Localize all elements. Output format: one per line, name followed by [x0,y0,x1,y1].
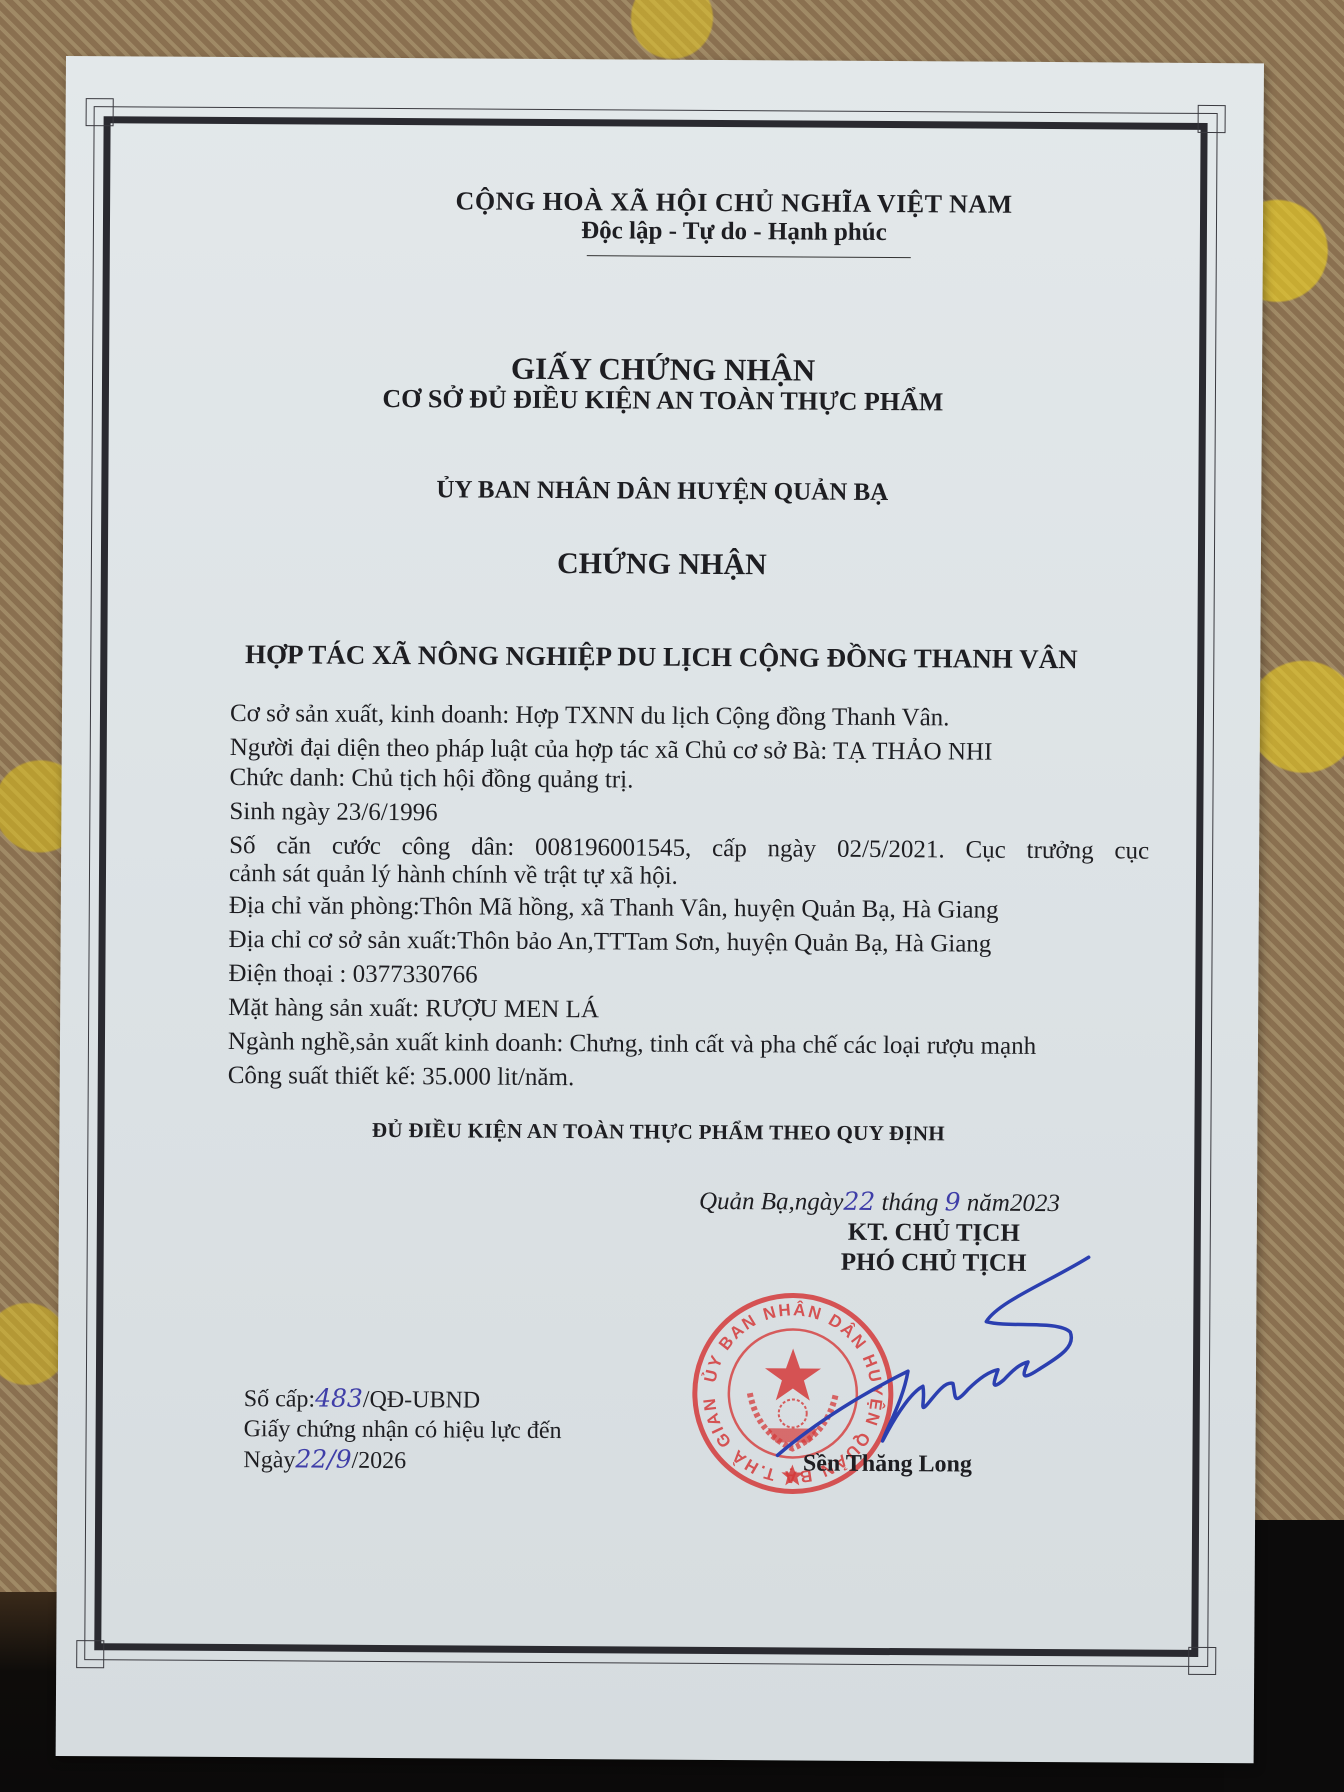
national-motto: Độc lập - Tự do - Hạnh phúc [65,214,1263,249]
certificate-paper: CỘNG HOÀ XÃ HỘI CHỦ NGHĨA VIỆT NAM Độc l… [56,56,1264,1763]
detail-product: Mặt hàng sản xuất: RƯỢU MEN LÁ [228,991,599,1026]
certifies-heading: CHỨNG NHẬN [63,544,1261,585]
validity-date-handwritten: 22/9 [295,1444,351,1473]
validity-label: Giấy chứng nhận có hiệu lực đến [244,1414,562,1446]
issue-month-handwritten: 9 [945,1187,961,1216]
detail-capacity: Công suất thiết kế: 35.000 lit/năm. [228,1059,575,1094]
certificate-content: CỘNG HOÀ XÃ HỘI CHỦ NGHĨA VIỆT NAM Độc l… [56,56,1264,1763]
organization-name: HỢP TÁC XÃ NÔNG NGHIỆP DU LỊCH CỘNG ĐỒNG… [62,638,1260,676]
issuing-authority: ỦY BAN NHÂN DÂN HUYỆN QUẢN BẠ [63,474,1261,509]
detail-position: Chức danh: Chủ tịch hội đồng quảng trị. [229,761,633,796]
issue-place: Quản Bạ,ngày [699,1188,844,1216]
issue-date: Quản Bạ,ngày22 tháng 9 năm2023 [699,1186,1060,1218]
detail-business-line: Ngành nghề,sản xuất kinh doanh: Chưng, t… [228,1025,1036,1063]
detail-production-address: Địa chỉ cơ sở sản xuất:Thôn bảo An,TTTam… [229,923,992,961]
signatory-name: Sền Thăng Long [757,1450,1017,1479]
year-label: năm2023 [961,1189,1060,1217]
validity-date-line: Ngày22/9/2026 [243,1444,561,1477]
detail-id-issuer: cảnh sát quản lý hành chính về trật tự x… [229,857,678,893]
month-label: tháng [875,1189,945,1216]
detail-office-address: Địa chỉ văn phòng:Thôn Mã hồng, xã Thanh… [229,889,999,927]
issue-day-handwritten: 22 [843,1187,875,1216]
decision-number-line: Số cấp:483/QĐ-UBND [244,1383,562,1416]
conclusion-statement: ĐỦ ĐIỀU KIỆN AN TOÀN THỰC PHẨM THEO QUY … [59,1116,1257,1148]
certificate-details: Cơ sở sản xuất, kinh doanh: Hợp TXNN du … [230,697,1170,703]
detail-birthdate: Sinh ngày 23/6/1996 [229,795,438,829]
certificate-subtitle: CƠ SỞ ĐỦ ĐIỀU KIỆN AN TOÀN THỰC PHẨM [64,382,1262,419]
decision-number-handwritten: 483 [315,1384,363,1413]
motto-underline [587,255,911,258]
detail-phone: Điện thoại : 0377330766 [228,957,477,992]
decision-info: Số cấp:483/QĐ-UBND Giấy chứng nhận có hi… [243,1383,561,1477]
signatory-title-1: KT. CHỦ TỊCH [699,1218,1169,1249]
handwritten-signature-icon [757,1250,1098,1482]
detail-business: Cơ sở sản xuất, kinh doanh: Hợp TXNN du … [230,697,950,734]
